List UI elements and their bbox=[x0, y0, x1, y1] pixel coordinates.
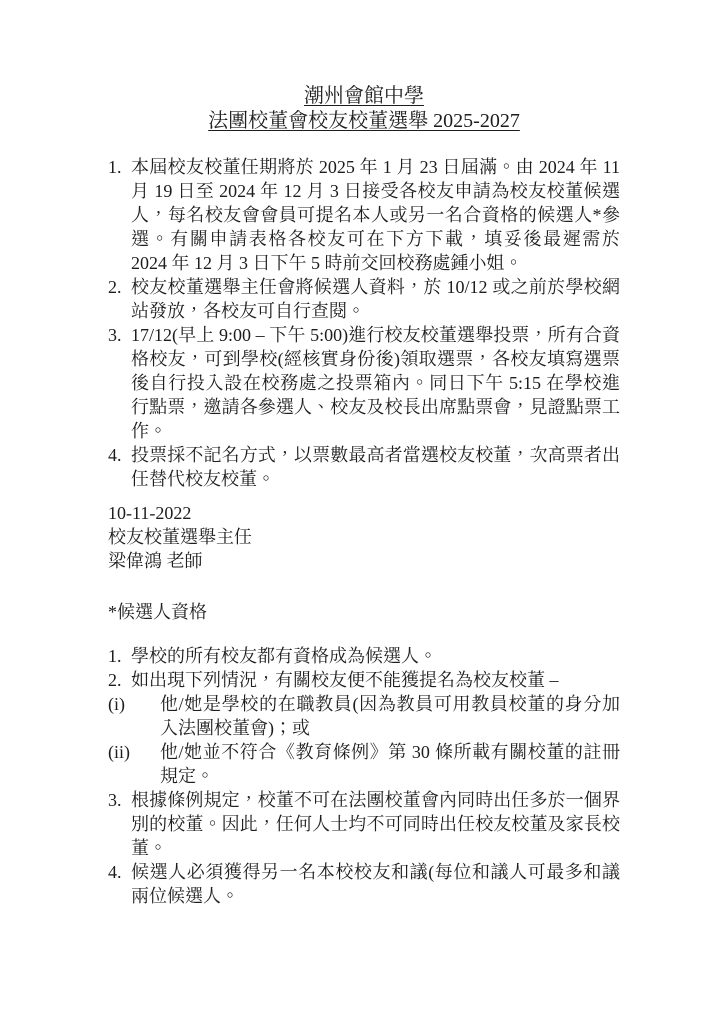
footnote-subitem: (ii) 他/她並不符合《教育條例》第 30 條所載有關校董的註冊規定。 bbox=[108, 740, 620, 788]
list-item-text: 校友校董選舉主任會將候選人資料，於 10/12 或之前於學校網站發放，各校友可自… bbox=[131, 277, 620, 321]
footnote-item-text: 如出現下列情況，有關校友便不能獲提名為校友校董 – bbox=[131, 670, 559, 690]
footnote-item-text: 學校的所有校友都有資格成為候選人。 bbox=[131, 646, 437, 666]
list-item-text: 投票採不記名方式，以票數最高者當選校友校董，次高票者出任替代校友校董。 bbox=[131, 445, 620, 489]
footnote-item: 3. 根據條例規定，校董不可在法團校董會內同時出任多於一個界別的校董。因此，任何… bbox=[108, 788, 620, 860]
document-subtitle-text: 法團校董會校友校董選舉 2025-2027 bbox=[208, 110, 520, 132]
page-title: 潮州會館中學 法團校董會校友校董選舉 2025-2027 bbox=[108, 84, 620, 134]
footnote-item-number: 3. bbox=[108, 788, 122, 812]
list-item: 1. 本屆校友校董任期將於 2025 年 1 月 23 日屆滿。由 2024 年… bbox=[108, 155, 620, 275]
footnote-subitem-text: 他/她並不符合《教育條例》第 30 條所載有關校董的註冊規定。 bbox=[160, 742, 620, 786]
footnote-item-number: 4. bbox=[108, 860, 122, 884]
footnote-subitem-number: (ii) bbox=[108, 740, 130, 764]
footnote-item-number: 2. bbox=[108, 668, 122, 692]
signature-date: 10-11-2022 bbox=[108, 501, 620, 525]
footnote-item-text: 候選人必須獲得另一名本校校友和議(每位和議人可最多和議兩位候選人。 bbox=[131, 862, 620, 906]
footnote-numbered-list: 1. 學校的所有校友都有資格成為候選人。 2. 如出現下列情況，有關校友便不能獲… bbox=[108, 644, 620, 908]
list-item-text: 本屆校友校董任期將於 2025 年 1 月 23 日屆滿。由 2024 年 11… bbox=[131, 157, 620, 273]
signature-name: 梁偉鴻 老師 bbox=[108, 549, 620, 573]
footnote-header: *候選人資格 bbox=[108, 600, 620, 624]
footnote-item: 4. 候選人必須獲得另一名本校校友和議(每位和議人可最多和議兩位候選人。 bbox=[108, 860, 620, 908]
footnote-subitem: (i) 他/她是學校的在職教員(因為教員可用教員校董的身分加入法團校董會)；或 bbox=[108, 692, 620, 740]
document-content: 潮州會館中學 法團校董會校友校董選舉 2025-2027 1. 本屆校友校董任期… bbox=[108, 84, 620, 908]
list-item-number: 3. bbox=[108, 323, 122, 347]
list-item-text: 17/12(早上 9:00 – 下午 5:00)進行校友校董選舉投票，所有合資格… bbox=[131, 325, 620, 441]
signature-role: 校友校董選舉主任 bbox=[108, 525, 620, 549]
list-item-number: 1. bbox=[108, 155, 122, 179]
footnote-item: 1. 學校的所有校友都有資格成為候選人。 bbox=[108, 644, 620, 668]
school-name-text: 潮州會館中學 bbox=[304, 85, 424, 107]
footnote-item-number: 1. bbox=[108, 644, 122, 668]
list-item-number: 4. bbox=[108, 443, 122, 467]
list-item-number: 2. bbox=[108, 275, 122, 299]
main-numbered-list: 1. 本屆校友校董任期將於 2025 年 1 月 23 日屆滿。由 2024 年… bbox=[108, 155, 620, 491]
school-name: 潮州會館中學 bbox=[108, 84, 620, 109]
footnote-item-text: 根據條例規定，校董不可在法團校董會內同時出任多於一個界別的校董。因此，任何人士均… bbox=[131, 790, 620, 858]
document-page: 潮州會館中學 法團校董會校友校董選舉 2025-2027 1. 本屆校友校董任期… bbox=[0, 0, 724, 1024]
document-subtitle: 法團校董會校友校董選舉 2025-2027 bbox=[108, 109, 620, 134]
footnote-subitem-number: (i) bbox=[108, 692, 125, 716]
footnote-item: 2. 如出現下列情況，有關校友便不能獲提名為校友校董 – bbox=[108, 668, 620, 692]
signature-block: 10-11-2022 校友校董選舉主任 梁偉鴻 老師 bbox=[108, 501, 620, 573]
list-item: 2. 校友校董選舉主任會將候選人資料，於 10/12 或之前於學校網站發放，各校… bbox=[108, 275, 620, 323]
list-item: 3. 17/12(早上 9:00 – 下午 5:00)進行校友校董選舉投票，所有… bbox=[108, 323, 620, 443]
list-item: 4. 投票採不記名方式，以票數最高者當選校友校董，次高票者出任替代校友校董。 bbox=[108, 443, 620, 491]
footnote-subitem-text: 他/她是學校的在職教員(因為教員可用教員校董的身分加入法團校董會)；或 bbox=[160, 694, 620, 738]
